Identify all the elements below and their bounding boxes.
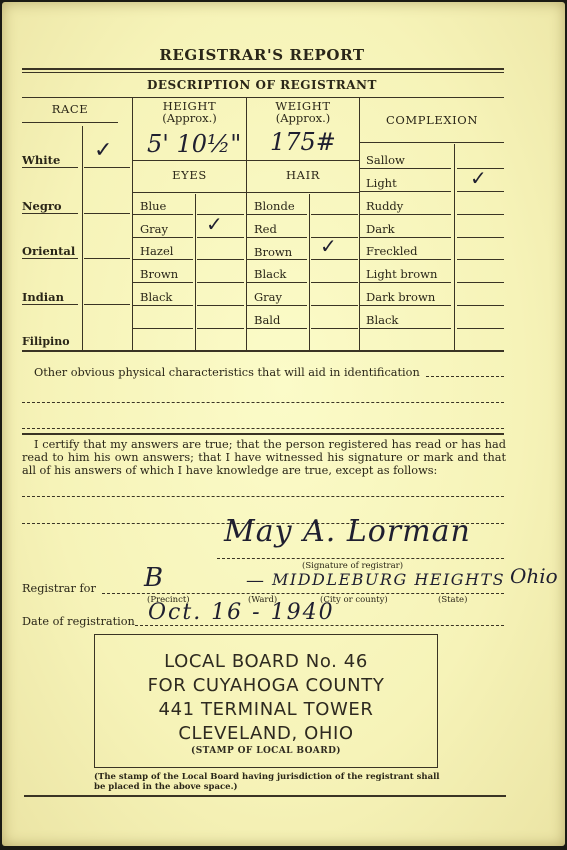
divider [360,191,451,192]
complexion-checkbox-sallow[interactable] [457,148,503,166]
exceptions-line-1[interactable] [22,496,504,497]
divider [247,305,307,306]
divider [133,282,193,283]
table-bottom-rule [22,350,504,352]
stamp-caption: (STAMP OF LOCAL BOARD) [95,746,437,756]
race-checkbox-filipino[interactable] [84,328,130,348]
divider [22,258,78,259]
section-subtitle: DESCRIPTION OF REGISTRANT [147,78,377,92]
divider [457,259,504,260]
divider [457,191,504,192]
height-value[interactable]: 5' 10½" [147,130,241,158]
stamp-line-3: 441 TERMINAL TOWER [95,699,437,720]
eyes-option-gray: Gray [140,222,168,236]
race-option-negro: Negro [22,199,62,213]
divider [311,214,358,215]
divider [22,213,78,214]
registrar-report-card: REGISTRAR'S REPORT DESCRIPTION OF REGIST… [2,2,565,846]
weight-sub: (Approx.) [247,112,359,125]
divider [311,305,358,306]
divider [197,282,244,283]
eyes-checkbox-gray[interactable]: ✓ [206,212,223,236]
eyes-checkbox-brown[interactable] [198,263,244,281]
ward-value[interactable]: — [246,570,264,591]
precinct-value[interactable]: B [144,563,163,593]
eyes-option-hazel: Hazel [140,244,173,258]
race-header: RACE [22,103,118,116]
complexion-checkbox-freckled[interactable] [457,240,503,258]
complexion-option-dark: Dark [366,222,395,236]
section-rule [22,433,504,435]
state-caption: (State) [438,595,467,605]
divider [82,126,83,350]
divider [246,98,247,350]
divider [195,194,196,350]
certification-text: I certify that my answers are true; that… [22,438,506,477]
divider [247,237,307,238]
stamp-line-1: LOCAL BOARD No. 46 [95,651,437,672]
date-of-registration-label: Date of registration [22,615,135,628]
table-top-rule [22,97,504,98]
date-line [135,625,504,626]
complexion-option-black: Black [366,313,398,327]
divider [197,237,244,238]
hair-option-bald: Bald [254,313,280,327]
bottom-rule [24,795,506,797]
signature-line [217,558,504,559]
race-checkbox-oriental[interactable] [84,237,130,257]
divider [360,237,451,238]
divider [247,328,307,329]
stamp-line-2: FOR CUYAHOGA COUNTY [95,675,437,696]
stamp-line-4: CLEVELAND, OHIO [95,723,437,744]
race-option-white: White [22,153,60,167]
complexion-checkbox-dark-brown[interactable] [457,286,503,304]
eyes-checkbox-blue[interactable] [198,195,244,213]
divider [360,214,451,215]
race-checkbox-white[interactable]: ✓ [94,138,112,163]
divider [133,160,359,161]
complexion-checkbox-black[interactable] [457,309,503,327]
divider [133,328,193,329]
divider [22,167,78,168]
page-title: REGISTRAR'S REPORT [2,46,522,64]
eyes-option-black: Black [140,290,172,304]
hair-checkbox-bald[interactable] [311,309,357,327]
divider [84,213,130,214]
complexion-option-ruddy: Ruddy [366,199,403,213]
complexion-option-freckled: Freckled [366,244,418,258]
divider [133,237,193,238]
other-characteristics-label: Other obvious physical characteristics t… [34,366,420,379]
divider [360,282,451,283]
divider [22,122,118,123]
divider [454,144,455,350]
race-checkbox-negro[interactable] [84,192,130,212]
eyes-header: EYES [133,169,246,182]
complexion-checkbox-light-brown[interactable] [457,263,503,281]
divider [84,167,130,168]
divider [22,304,78,305]
divider [133,192,359,193]
divider [133,214,193,215]
other-characteristics-line-3[interactable] [22,428,504,429]
hair-checkbox-black[interactable] [311,263,357,281]
complexion-checkbox-dark[interactable] [457,218,503,236]
divider [84,304,130,305]
complexion-header: COMPLEXION [360,114,504,127]
hair-checkbox-blonde[interactable] [311,195,357,213]
divider [360,305,451,306]
race-checkbox-indian[interactable] [84,283,130,303]
divider [457,328,504,329]
complexion-option-light-brown: Light brown [366,267,437,281]
divider [457,282,504,283]
divider [359,98,360,350]
hair-option-red: Red [254,222,277,236]
divider [133,305,193,306]
divider [311,282,358,283]
hair-option-brown: Brown [254,245,292,259]
divider [360,142,504,143]
weight-value[interactable]: 175# [270,128,336,156]
divider [311,328,358,329]
local-board-stamp: LOCAL BOARD No. 46 FOR CUYAHOGA COUNTY 4… [94,634,438,768]
divider [247,259,307,260]
city-value[interactable]: Middleburg Heights [272,570,505,589]
race-option-filipino: Filipino [22,335,70,348]
eyes-option-blue: Blue [140,199,166,213]
divider [247,282,307,283]
complexion-option-light: Light [366,176,397,190]
height-sub: (Approx.) [133,112,246,125]
divider [360,259,451,260]
divider [197,305,244,306]
other-characteristics-line-2[interactable] [22,402,504,403]
divider [457,214,504,215]
divider [309,194,310,350]
registrar-for-label: Registrar for [22,582,96,595]
divider [457,305,504,306]
divider [360,168,451,169]
hair-header: HAIR [247,169,359,182]
complexion-option-dark-brown: Dark brown [366,290,435,304]
divider [457,168,504,169]
divider [197,328,244,329]
divider [133,259,193,260]
registrar-signature[interactable]: May A. Lorman [224,514,471,549]
divider [311,259,358,260]
state-value[interactable]: Ohio [510,564,558,588]
hair-checkbox-gray[interactable] [311,286,357,304]
registrar-for-line [102,593,504,594]
title-rule-top [22,68,504,70]
date-of-registration-value[interactable]: Oct. 16 - 1940 [148,600,335,625]
complexion-checkbox-light[interactable]: ✓ [470,166,487,190]
divider [311,237,358,238]
divider [247,214,307,215]
other-characteristics-field[interactable] [426,376,504,377]
complexion-checkbox-ruddy[interactable] [457,195,503,213]
eyes-checkbox-hazel[interactable] [198,240,244,258]
divider [84,258,130,259]
race-option-oriental: Oriental [22,244,75,258]
divider [360,328,451,329]
complexion-option-sallow: Sallow [366,153,405,167]
hair-option-black: Black [254,267,286,281]
hair-option-blonde: Blonde [254,199,295,213]
divider [197,259,244,260]
divider [457,237,504,238]
race-option-indian: Indian [22,290,64,304]
title-rule-bottom [22,72,504,73]
eyes-checkbox-black[interactable] [198,286,244,304]
hair-option-gray: Gray [254,290,282,304]
divider [132,98,133,350]
eyes-option-brown: Brown [140,267,178,281]
stamp-note: (The stamp of the Local Board having jur… [94,772,444,792]
divider [197,214,244,215]
